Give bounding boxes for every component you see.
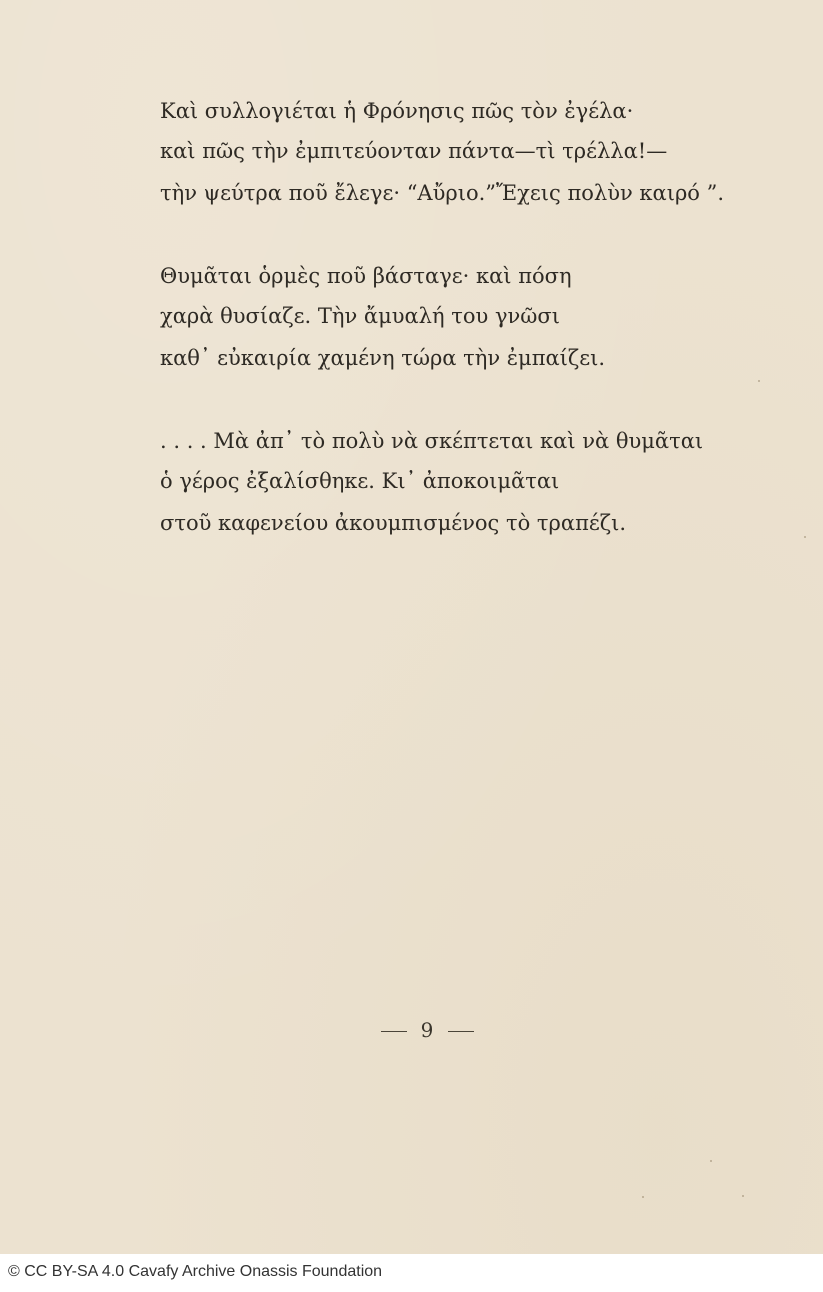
poem-line: καὶ πῶς τὴν ἐμπιτεύονταν πάντα—τὶ τρέλλα… [160,137,667,165]
poem-line: τὴν ψεύτρα ποῦ ἔλεγε· “Αὔριο.”Ἔχεις πολὺ… [160,179,724,207]
poem-line: . . . . Μὰ ἀπ᾽ τὸ πολὺ νὰ σκέπτεται καὶ … [160,427,703,455]
poem-line: Θυμᾶται ὁρμὲς ποῦ βάσταγε· καὶ πόση [160,262,572,290]
paper-speck [642,1196,644,1198]
paper-speck [710,1160,712,1162]
poem-line: χαρὰ θυσίαζε. Τὴν ἄμυαλή του γνῶσι [160,302,560,330]
page-number: 9 [0,1018,823,1042]
dash-left [381,1031,407,1032]
poem-line: καθ᾽ εὐκαιρία χαμένη τώρα τὴν ἐμπαίζει. [160,344,605,372]
footer-bar: © CC BY-SA 4.0 Cavafy Archive Onassis Fo… [0,1254,823,1292]
license-credit: © CC BY-SA 4.0 Cavafy Archive Onassis Fo… [8,1263,382,1281]
paper-speck [742,1195,744,1197]
paper-speck [758,380,760,382]
poem-line: ὁ γέρος ἐξαλίσθηκε. Κι᾽ ἀποκοιμᾶται [160,467,559,495]
poem-line: Καὶ συλλογιέται ἡ Φρόνησις πῶς τὸν ἐγέλα… [160,97,633,125]
scanned-page: Καὶ συλλογιέται ἡ Φρόνησις πῶς τὸν ἐγέλα… [0,0,823,1254]
poem-line: στοῦ καφενείου ἀκουμπισμένος τὸ τραπέζι. [160,509,626,537]
dash-right [448,1031,474,1032]
paper-speck [804,536,806,538]
page-number-value: 9 [421,1018,435,1042]
